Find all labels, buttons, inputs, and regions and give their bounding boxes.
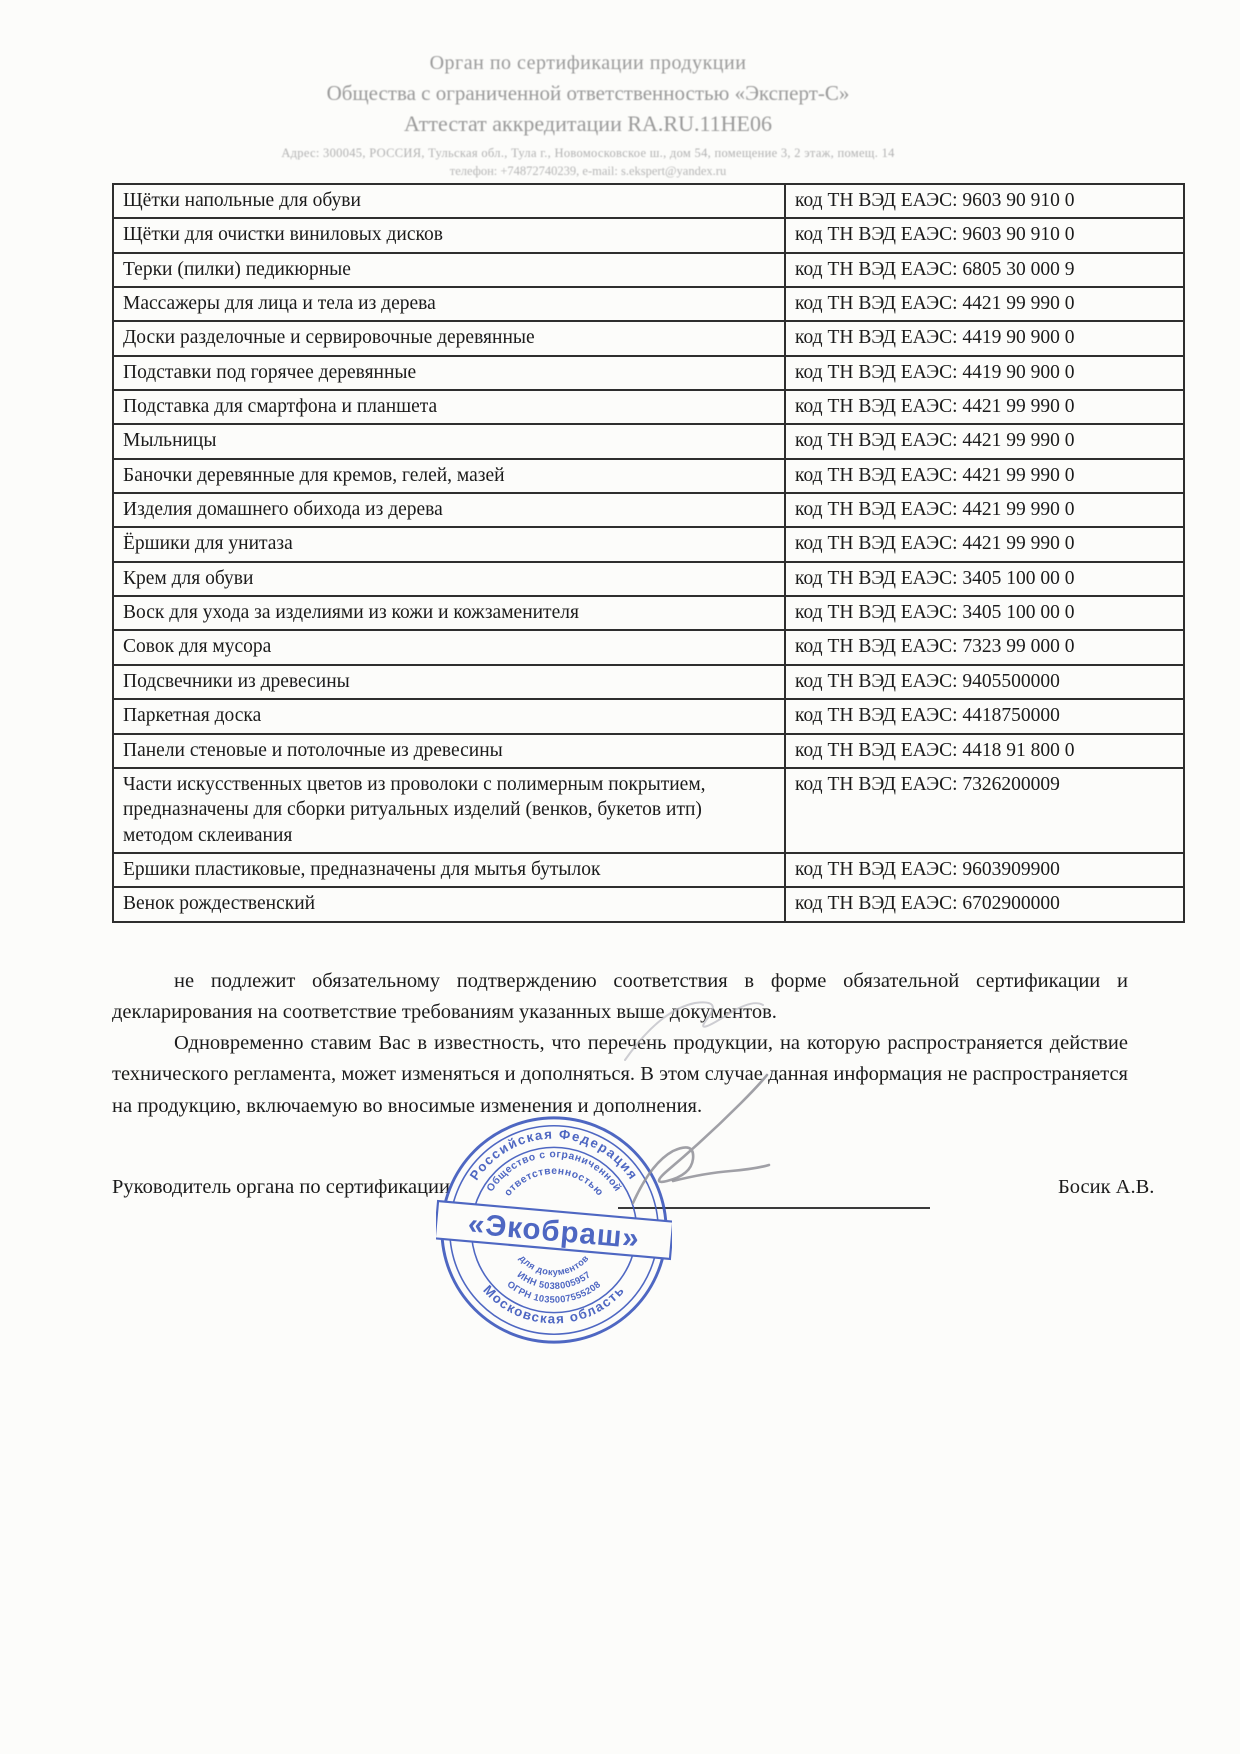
code-cell: код ТН ВЭД ЕАЭС: 4421 99 990 0 [785, 493, 1184, 527]
product-cell: Подставка для смартфона и планшета [113, 390, 785, 424]
table-row: Ершики пластиковые, предназначены для мы… [113, 853, 1184, 887]
code-cell: код ТН ВЭД ЕАЭС: 7326200009 [785, 768, 1184, 853]
code-cell: код ТН ВЭД ЕАЭС: 3405 100 00 0 [785, 596, 1184, 630]
table-row: Совок для мусоракод ТН ВЭД ЕАЭС: 7323 99… [113, 630, 1184, 664]
code-cell: код ТН ВЭД ЕАЭС: 3405 100 00 0 [785, 562, 1184, 596]
code-cell: код ТН ВЭД ЕАЭС: 4421 99 990 0 [785, 390, 1184, 424]
product-cell: Венок рождественский [113, 887, 785, 921]
product-cell: Щётки для очистки виниловых дисков [113, 218, 785, 252]
code-cell: код ТН ВЭД ЕАЭС: 9603 90 910 0 [785, 218, 1184, 252]
table-row: Крем для обувикод ТН ВЭД ЕАЭС: 3405 100 … [113, 562, 1184, 596]
product-cell: Терки (пилки) педикюрные [113, 253, 785, 287]
letterhead: Орган по сертификации продукции Общества… [0, 52, 1176, 179]
letterhead-org-name: Общества с ограниченной ответственностью… [0, 81, 1176, 106]
code-cell: код ТН ВЭД ЕАЭС: 4421 99 990 0 [785, 527, 1184, 561]
table-row: Баночки деревянные для кремов, гелей, ма… [113, 459, 1184, 493]
product-code-table: Щётки напольные для обувикод ТН ВЭД ЕАЭС… [112, 183, 1185, 923]
table-row: Воск для ухода за изделиями из кожи и ко… [113, 596, 1184, 630]
code-cell: код ТН ВЭД ЕАЭС: 4419 90 900 0 [785, 321, 1184, 355]
product-cell: Щётки напольные для обуви [113, 184, 785, 218]
code-cell: код ТН ВЭД ЕАЭС: 4419 90 900 0 [785, 356, 1184, 390]
product-cell: Ёршики для унитаза [113, 527, 785, 561]
product-cell: Мыльницы [113, 424, 785, 458]
scanned-document-page: Орган по сертификации продукции Общества… [0, 0, 1240, 1754]
letterhead-accreditation: Аттестат аккредитации RA.RU.11НЕ06 [0, 111, 1176, 137]
code-cell: код ТН ВЭД ЕАЭС: 6805 30 000 9 [785, 253, 1184, 287]
product-cell: Части искусственных цветов из проволоки … [113, 768, 785, 853]
product-cell: Ершики пластиковые, предназначены для мы… [113, 853, 785, 887]
code-cell: код ТН ВЭД ЕАЭС: 4418750000 [785, 699, 1184, 733]
product-table-body: Щётки напольные для обувикод ТН ВЭД ЕАЭС… [113, 184, 1184, 922]
table-row: Изделия домашнего обихода из деревакод Т… [113, 493, 1184, 527]
code-cell: код ТН ВЭД ЕАЭС: 4418 91 800 0 [785, 734, 1184, 768]
svg-text:для документов: для документов [517, 1253, 590, 1277]
code-cell: код ТН ВЭД ЕАЭС: 4421 99 990 0 [785, 424, 1184, 458]
product-cell: Паркетная доска [113, 699, 785, 733]
table-row: Доски разделочные и сервировочные деревя… [113, 321, 1184, 355]
product-cell: Массажеры для лица и тела из дерева [113, 287, 785, 321]
product-cell: Подсвечники из древесины [113, 665, 785, 699]
product-cell: Доски разделочные и сервировочные деревя… [113, 321, 785, 355]
letterhead-contact: телефон: +74872740239, e-mail: s.ekspert… [0, 164, 1176, 179]
product-cell: Совок для мусора [113, 630, 785, 664]
table-row: Ёршики для унитазакод ТН ВЭД ЕАЭС: 4421 … [113, 527, 1184, 561]
product-cell: Баночки деревянные для кремов, гелей, ма… [113, 459, 785, 493]
table-row: Щётки напольные для обувикод ТН ВЭД ЕАЭС… [113, 184, 1184, 218]
code-cell: код ТН ВЭД ЕАЭС: 7323 99 000 0 [785, 630, 1184, 664]
code-cell: код ТН ВЭД ЕАЭС: 4421 99 990 0 [785, 459, 1184, 493]
table-row: Подставки под горячее деревянныекод ТН В… [113, 356, 1184, 390]
product-cell: Воск для ухода за изделиями из кожи и ко… [113, 596, 785, 630]
table-row: Подставка для смартфона и планшетакод ТН… [113, 390, 1184, 424]
table-row: Панели стеновые и потолочные из древесин… [113, 734, 1184, 768]
table-row: Щётки для очистки виниловых дисковкод ТН… [113, 218, 1184, 252]
table-row: Паркетная доскакод ТН ВЭД ЕАЭС: 44187500… [113, 699, 1184, 733]
signer-role: Руководитель органа по сертификации [112, 1176, 450, 1199]
code-cell: код ТН ВЭД ЕАЭС: 9603 90 910 0 [785, 184, 1184, 218]
code-cell: код ТН ВЭД ЕАЭС: 9405500000 [785, 665, 1184, 699]
product-cell: Подставки под горячее деревянные [113, 356, 785, 390]
product-cell: Крем для обуви [113, 562, 785, 596]
stamp-doc-text: для документов [517, 1253, 590, 1277]
code-cell: код ТН ВЭД ЕАЭС: 4421 99 990 0 [785, 287, 1184, 321]
table-row: Подсвечники из древесиныкод ТН ВЭД ЕАЭС:… [113, 665, 1184, 699]
letterhead-org-type: Орган по сертификации продукции [0, 52, 1176, 75]
code-cell: код ТН ВЭД ЕАЭС: 6702900000 [785, 887, 1184, 921]
table-row: Мыльницыкод ТН ВЭД ЕАЭС: 4421 99 990 0 [113, 424, 1184, 458]
table-row: Терки (пилки) педикюрныекод ТН ВЭД ЕАЭС:… [113, 253, 1184, 287]
handwritten-signature [555, 975, 885, 1240]
table-row: Венок рождественскийкод ТН ВЭД ЕАЭС: 670… [113, 887, 1184, 921]
table-row: Части искусственных цветов из проволоки … [113, 768, 1184, 853]
product-cell: Изделия домашнего обихода из дерева [113, 493, 785, 527]
product-cell: Панели стеновые и потолочные из древесин… [113, 734, 785, 768]
letterhead-address: Адрес: 300045, РОССИЯ, Тульская обл., Ту… [0, 146, 1176, 161]
table-row: Массажеры для лица и тела из деревакод Т… [113, 287, 1184, 321]
code-cell: код ТН ВЭД ЕАЭС: 9603909900 [785, 853, 1184, 887]
signer-name: Босик А.В. [1058, 1176, 1154, 1199]
